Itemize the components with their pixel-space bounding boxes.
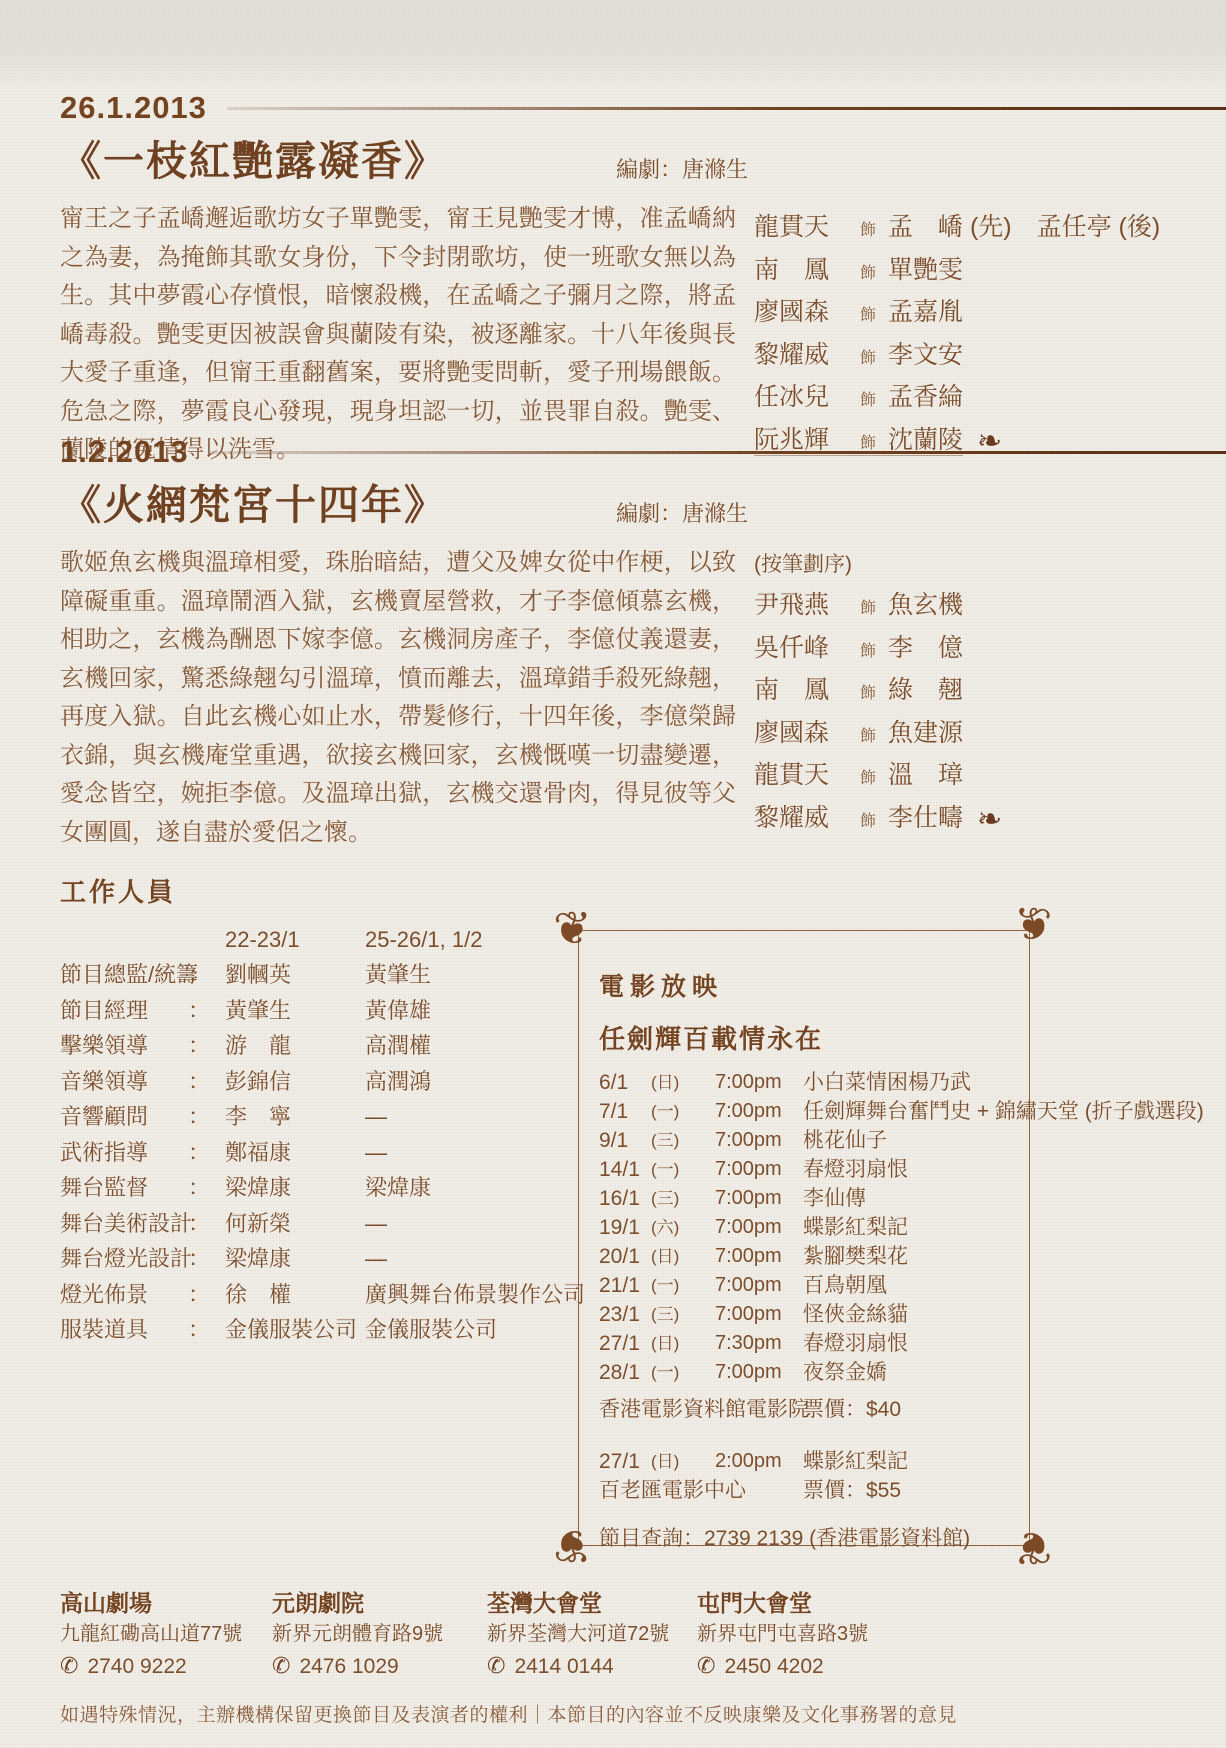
as-label: 飾 — [860, 770, 876, 787]
screening-day: (日) — [651, 1447, 715, 1476]
corner-flourish-icon: ❦ — [553, 905, 592, 951]
staff-value-2: 梁煒康 — [365, 1170, 580, 1206]
film-box-subheading: 任劍輝百載情永在 — [599, 1019, 1015, 1056]
staff-role: 舞台美術設計 — [60, 1206, 188, 1242]
screening-row: 21/1(一)7:00pm百鳥朝凰 — [599, 1271, 1015, 1300]
cast-row: 尹飛燕飾魚玄機 — [754, 584, 1214, 627]
staff-value-1: 何新榮 — [225, 1206, 365, 1242]
actor-name: 廖國森 — [754, 712, 856, 755]
cast-row: 龍貫天飾溫 璋 — [754, 754, 1214, 797]
cast-order-note: (按筆劃序) — [754, 550, 1214, 580]
venue-phone-row: ✆2476 1029 — [272, 1650, 487, 1683]
staff-colon: ： — [188, 1135, 225, 1171]
as-label: 飾 — [860, 600, 876, 617]
screening-date: 16/1 — [599, 1184, 651, 1213]
screening-time: 2:00pm — [715, 1447, 803, 1476]
staff-value-1: 鄭福康 — [225, 1135, 365, 1171]
staff-value-2: 黃偉雄 — [365, 993, 580, 1029]
as-label: 飾 — [860, 392, 876, 409]
staff-value-2: 金儀服裝公司 — [365, 1312, 580, 1348]
role-name: 李文安 — [888, 341, 963, 369]
role-name: 李仕疇 — [888, 804, 963, 832]
actor-name: 尹飛燕 — [754, 584, 856, 627]
staff-value-1: 黃肇生 — [225, 993, 365, 1029]
screening-time: 7:00pm — [715, 1300, 803, 1329]
staff-header-row: 22-23/1 25-26/1, 1/2 — [60, 923, 580, 957]
disclaimer-footnote: 如遇特殊情況，主辦機構保留更換節目及表演者的權利｜本節目的內容並不反映康樂及文化… — [60, 1700, 957, 1727]
staff-row: 音樂領導：彭錦信高潤鴻 — [60, 1064, 580, 1100]
date-rule — [209, 451, 1226, 454]
venue-name: 元朗劇院 — [272, 1588, 487, 1618]
screening-time: 7:00pm — [715, 1155, 803, 1184]
role-name: 孟香綸 — [888, 383, 963, 411]
screening-date: 19/1 — [599, 1213, 651, 1242]
screening-day: (日) — [651, 1068, 715, 1097]
actor-name: 廖國森 — [754, 291, 856, 334]
screening-row: 28/1(一)7:00pm夜祭金嬌 — [599, 1358, 1015, 1387]
staff-role: 節目經理 — [60, 993, 188, 1029]
staff-colon: ： — [188, 1064, 225, 1100]
screening-time: 7:00pm — [715, 1271, 803, 1300]
screening-time: 7:00pm — [715, 1358, 803, 1387]
cast-row: 黎耀威飾李文安 — [754, 334, 1214, 377]
screening-title: 蝶影紅梨記 — [803, 1447, 1015, 1476]
show-section-2: 1.2.2013 《火網梵宮十四年》 編劇：唐滌生 歌姬魚玄機與溫璋相愛，珠胎暗… — [60, 432, 1226, 852]
staff-row: 武術指導：鄭福康— — [60, 1135, 580, 1171]
synopsis-text: 甯王之子孟嶠邂逅歌坊女子單艷雯，甯王見艷雯才博，准孟嶠納之為妻，為掩飾其歌女身份… — [60, 200, 736, 470]
screening-title: 任劍輝舞台奮鬥史 + 錦繡天堂 (折子戲選段) — [803, 1097, 1204, 1126]
cast-list: 龍貫天飾孟 嶠 (先) 孟任亭 (後) 南 鳳飾單艷雯 廖國森飾孟嘉胤 黎耀威飾… — [754, 200, 1214, 470]
playwright-credit: 編劇：唐滌生 — [616, 153, 748, 184]
screening-row: 27/1(日)7:30pm春燈羽扇恨 — [599, 1329, 1015, 1358]
show-title: 《火網梵宮十四年》 — [60, 481, 447, 529]
cast-row: 廖國森飾魚建源 — [754, 712, 1214, 755]
screening-title: 百鳥朝凰 — [803, 1271, 1015, 1300]
staff-role: 節目總監/統籌 — [60, 957, 188, 993]
screening-row: 14/1(一)7:00pm春燈羽扇恨 — [599, 1155, 1015, 1184]
venue-phone-row: ✆2450 4202 — [697, 1650, 912, 1683]
role-name: 孟 嶠 (先) 孟任亭 (後) — [888, 213, 1160, 241]
staff-value-2: 黃肇生 — [365, 957, 580, 993]
staff-value-1: 劉幗英 — [225, 957, 365, 993]
staff-table: 22-23/1 25-26/1, 1/2 節目總監/統籌：劉幗英黃肇生 節目經理… — [60, 923, 580, 1348]
staff-colon: ： — [188, 1206, 225, 1242]
staff-col-header-1: 22-23/1 — [225, 923, 365, 957]
screening-date: 21/1 — [599, 1271, 651, 1300]
screening-row: 19/1(六)7:00pm蝶影紅梨記 — [599, 1213, 1015, 1242]
actor-name: 南 鳳 — [754, 669, 856, 712]
staff-value-2: 高潤權 — [365, 1028, 580, 1064]
role-name: 孟嘉胤 — [888, 298, 963, 326]
screening-day: (三) — [651, 1300, 715, 1329]
actor-name: 黎耀威 — [754, 797, 856, 840]
screening-date: 27/1 — [599, 1329, 651, 1358]
staff-row: 節目總監/統籌：劉幗英黃肇生 — [60, 957, 580, 993]
venue-card: 高山劇場 九龍紅磡高山道77號 ✆2740 9222 — [60, 1588, 275, 1683]
staff-value-1: 李 寧 — [225, 1099, 365, 1135]
leaf-icon: ❧ — [977, 803, 1002, 836]
screening-row: 9/1(三)7:00pm桃花仙子 — [599, 1126, 1015, 1155]
screening-day: (一) — [651, 1271, 715, 1300]
staff-role: 武術指導 — [60, 1135, 188, 1171]
staff-role: 舞台監督 — [60, 1170, 188, 1206]
staff-col-header-2: 25-26/1, 1/2 — [365, 923, 580, 957]
venue-name: 荃灣大會堂 — [487, 1588, 702, 1618]
screening-day: (六) — [651, 1213, 715, 1242]
staff-colon: ： — [188, 1312, 225, 1348]
staff-value-2: — — [365, 1241, 580, 1277]
venue-phone-row: ✆2414 0144 — [487, 1650, 702, 1683]
phone-icon: ✆ — [272, 1653, 290, 1678]
screening-title: 怪俠金絲貓 — [803, 1300, 1015, 1329]
venue-card: 元朗劇院 新界元朗體育路9號 ✆2476 1029 — [272, 1588, 487, 1683]
screening-row: 16/1(三)7:00pm李仙傳 — [599, 1184, 1015, 1213]
cast-row: 黎耀威飾李仕疇❧ — [754, 797, 1214, 840]
venue-phone-number: 2450 4202 — [724, 1655, 823, 1678]
venue-card: 屯門大會堂 新界屯門屯喜路3號 ✆2450 4202 — [697, 1588, 912, 1683]
corner-flourish-icon: ❦ — [1014, 901, 1053, 947]
venue-address: 新界元朗體育路9號 — [272, 1618, 487, 1650]
screening-date: 28/1 — [599, 1358, 651, 1387]
phone-icon: ✆ — [487, 1653, 505, 1678]
staff-value-1: 梁煒康 — [225, 1241, 365, 1277]
screening-title: 李仙傳 — [803, 1184, 1015, 1213]
staff-row: 音響顧問：李 寧— — [60, 1099, 580, 1135]
role-name: 溫 璋 — [888, 761, 963, 789]
screening-title: 夜祭金嬌 — [803, 1358, 1015, 1387]
synopsis-text: 歌姬魚玄機與溫璋相愛，珠胎暗結，遭父及婢女從中作梗，以致障礙重重。溫璋鬧酒入獄，… — [60, 544, 736, 852]
screening-row: 27/1(日)2:00pm蝶影紅梨記 — [599, 1447, 1015, 1476]
screening-row: 20/1(日)7:00pm紮腳樊梨花 — [599, 1242, 1015, 1271]
staff-value-1: 徐 權 — [225, 1277, 365, 1313]
screening-title: 蝶影紅梨記 — [803, 1213, 1015, 1242]
staff-row: 舞台燈光設計：梁煒康— — [60, 1241, 580, 1277]
cast-row: 廖國森飾孟嘉胤 — [754, 291, 1214, 334]
staff-row: 舞台美術設計：何新榮— — [60, 1206, 580, 1242]
show-title-row: 《火網梵宮十四年》 編劇：唐滌生 — [60, 474, 1226, 536]
staff-row: 擊樂領導：游 龍高潤權 — [60, 1028, 580, 1064]
screening-title: 春燈羽扇恨 — [803, 1155, 1015, 1184]
role-name: 魚玄機 — [888, 591, 963, 619]
venue-price-row: 香港電影資料館電影院 票價：$40 — [599, 1395, 1015, 1425]
screening-time: 7:00pm — [715, 1184, 803, 1213]
screening-day: (一) — [651, 1155, 715, 1184]
staff-role: 音樂領導 — [60, 1064, 188, 1100]
staff-value-1: 游 龍 — [225, 1028, 365, 1064]
staff-role: 服裝道具 — [60, 1312, 188, 1348]
actor-name: 南 鳳 — [754, 249, 856, 292]
as-label: 飾 — [860, 813, 876, 830]
screening-date: 14/1 — [599, 1155, 651, 1184]
staff-role: 燈光佈景 — [60, 1277, 188, 1313]
role-name: 魚建源 — [888, 719, 963, 747]
cast-row: 任冰兒飾孟香綸 — [754, 376, 1214, 419]
role-name: 李 億 — [888, 634, 963, 662]
staff-value-2: — — [365, 1135, 580, 1171]
staff-value-1: 金儀服裝公司 — [225, 1312, 365, 1348]
staff-value-2: — — [365, 1206, 580, 1242]
screening-day: (三) — [651, 1184, 715, 1213]
venue-address: 九龍紅磡高山道77號 — [60, 1618, 275, 1650]
phone-icon: ✆ — [697, 1653, 715, 1678]
staff-row: 節目經理：黃肇生黃偉雄 — [60, 993, 580, 1029]
screening-venue: 百老匯電影中心 — [599, 1476, 803, 1506]
cast-row: 南 鳳飾綠 翹 — [754, 669, 1214, 712]
screening-date: 9/1 — [599, 1126, 651, 1155]
venue-footer: 高山劇場 九龍紅磡高山道77號 ✆2740 9222 元朗劇院 新界元朗體育路9… — [0, 1588, 1226, 1688]
screening-date: 6/1 — [599, 1068, 651, 1097]
venue-price-row: 百老匯電影中心 票價：$55 — [599, 1476, 1015, 1506]
as-label: 飾 — [860, 307, 876, 324]
ticket-price: 票價：$55 — [803, 1476, 1015, 1506]
as-label: 飾 — [860, 222, 876, 239]
staff-heading: 工作人員 — [60, 872, 580, 909]
staff-colon: ： — [188, 993, 225, 1029]
as-label: 飾 — [860, 685, 876, 702]
as-label: 飾 — [860, 265, 876, 282]
venue-phone-row: ✆2740 9222 — [60, 1650, 275, 1683]
screening-list: 6/1(日)7:00pm小白菜情困楊乃武 7/1(一)7:00pm任劍輝舞台奮鬥… — [599, 1068, 1015, 1387]
screening-row: 7/1(一)7:00pm任劍輝舞台奮鬥史 + 錦繡天堂 (折子戲選段) — [599, 1097, 1015, 1126]
venue-name: 高山劇場 — [60, 1588, 275, 1618]
show-date: 26.1.2013 — [60, 90, 207, 126]
staff-role: 擊樂領導 — [60, 1028, 188, 1064]
staff-role: 音響顧問 — [60, 1099, 188, 1135]
cast-row: 龍貫天飾孟 嶠 (先) 孟任亭 (後) — [754, 206, 1214, 249]
screening-title: 紮腳樊梨花 — [803, 1242, 1015, 1271]
screening-date: 27/1 — [599, 1447, 651, 1476]
staff-colon: ： — [188, 957, 225, 993]
screening-time: 7:00pm — [715, 1126, 803, 1155]
screening-time: 7:00pm — [715, 1242, 803, 1271]
phone-icon: ✆ — [60, 1653, 78, 1678]
role-name: 單艷雯 — [888, 256, 963, 284]
staff-section: 工作人員 22-23/1 25-26/1, 1/2 節目總監/統籌：劉幗英黃肇生… — [60, 872, 580, 1348]
venue-phone-number: 2414 0144 — [514, 1655, 613, 1678]
corner-flourish-icon: ❦ — [553, 1523, 592, 1569]
screening-title: 桃花仙子 — [803, 1126, 1015, 1155]
enquiry-line: 節目查詢：2739 2139 (香港電影資料館) — [599, 1522, 1015, 1552]
date-rule — [227, 107, 1226, 110]
staff-value-2: — — [365, 1099, 580, 1135]
staff-colon: ： — [188, 1277, 225, 1313]
screening-row: 6/1(日)7:00pm小白菜情困楊乃武 — [599, 1068, 1015, 1097]
cast-row: 吳仟峰飾李 億 — [754, 627, 1214, 670]
screening-date: 7/1 — [599, 1097, 651, 1126]
screening-day: (一) — [651, 1358, 715, 1387]
actor-name: 龍貫天 — [754, 206, 856, 249]
cast-list: (按筆劃序) 尹飛燕飾魚玄機 吳仟峰飾李 億 南 鳳飾綠 翹 廖國森飾魚建源 龍… — [754, 544, 1214, 852]
film-screening-box: ❦ ❦ ❦ ❦ 電影放映 任劍輝百載情永在 6/1(日)7:00pm小白菜情困楊… — [578, 930, 1030, 1546]
staff-row: 燈光佈景：徐 權廣興舞台佈景製作公司 — [60, 1277, 580, 1313]
staff-colon: ： — [188, 1170, 225, 1206]
screening-date: 20/1 — [599, 1242, 651, 1271]
venue-phone-number: 2476 1029 — [299, 1655, 398, 1678]
screening-title: 春燈羽扇恨 — [803, 1329, 1015, 1358]
staff-row: 服裝道具：金儀服裝公司金儀服裝公司 — [60, 1312, 580, 1348]
screening-day: (日) — [651, 1242, 715, 1271]
staff-value-1: 彭錦信 — [225, 1064, 365, 1100]
show-date: 1.2.2013 — [60, 434, 189, 470]
show-title-row: 《一枝紅艷露凝香》 編劇：唐滌生 — [60, 130, 1226, 192]
staff-colon: ： — [188, 1099, 225, 1135]
as-label: 飾 — [860, 350, 876, 367]
show-date-row: 26.1.2013 — [60, 88, 1226, 128]
staff-value-1: 梁煒康 — [225, 1170, 365, 1206]
show-title: 《一枝紅艷露凝香》 — [60, 137, 447, 185]
role-name: 綠 翹 — [888, 676, 963, 704]
actor-name: 任冰兒 — [754, 376, 856, 419]
staff-value-2: 廣興舞台佈景製作公司 — [365, 1277, 585, 1313]
actor-name: 吳仟峰 — [754, 627, 856, 670]
screening-time: 7:00pm — [715, 1097, 803, 1126]
screening-time: 7:30pm — [715, 1329, 803, 1358]
staff-row: 舞台監督：梁煒康梁煒康 — [60, 1170, 580, 1206]
screening-time: 7:00pm — [715, 1213, 803, 1242]
screening-day: (三) — [651, 1126, 715, 1155]
venue-card: 荃灣大會堂 新界荃灣大河道72號 ✆2414 0144 — [487, 1588, 702, 1683]
actor-name: 龍貫天 — [754, 754, 856, 797]
venue-name: 屯門大會堂 — [697, 1588, 912, 1618]
as-label: 飾 — [860, 643, 876, 660]
film-box-heading: 電影放映 — [599, 967, 1015, 1003]
staff-value-2: 高潤鴻 — [365, 1064, 580, 1100]
screening-day: (日) — [651, 1329, 715, 1358]
corner-flourish-icon: ❦ — [1014, 1525, 1053, 1571]
venue-address: 新界屯門屯喜路3號 — [697, 1618, 912, 1650]
screening-day: (一) — [651, 1097, 715, 1126]
screening-row: 23/1(三)7:00pm怪俠金絲貓 — [599, 1300, 1015, 1329]
playwright-credit: 編劇：唐滌生 — [616, 497, 748, 528]
screening-title: 小白菜情困楊乃武 — [803, 1068, 1015, 1097]
staff-colon: ： — [188, 1241, 225, 1277]
cast-row: 南 鳳飾單艷雯 — [754, 249, 1214, 292]
venue-address: 新界荃灣大河道72號 — [487, 1618, 702, 1650]
screening-time: 7:00pm — [715, 1068, 803, 1097]
show-date-row: 1.2.2013 — [60, 432, 1226, 472]
ticket-price: 票價：$40 — [803, 1395, 1015, 1425]
show-section-1: 26.1.2013 《一枝紅艷露凝香》 編劇：唐滌生 甯王之子孟嶠邂逅歌坊女子單… — [60, 88, 1226, 470]
screening-venue: 香港電影資料館電影院 — [599, 1395, 803, 1425]
staff-colon: ： — [188, 1028, 225, 1064]
venue-phone-number: 2740 9222 — [87, 1655, 186, 1678]
as-label: 飾 — [860, 728, 876, 745]
actor-name: 黎耀威 — [754, 334, 856, 377]
screening-date: 23/1 — [599, 1300, 651, 1329]
staff-role: 舞台燈光設計 — [60, 1241, 188, 1277]
